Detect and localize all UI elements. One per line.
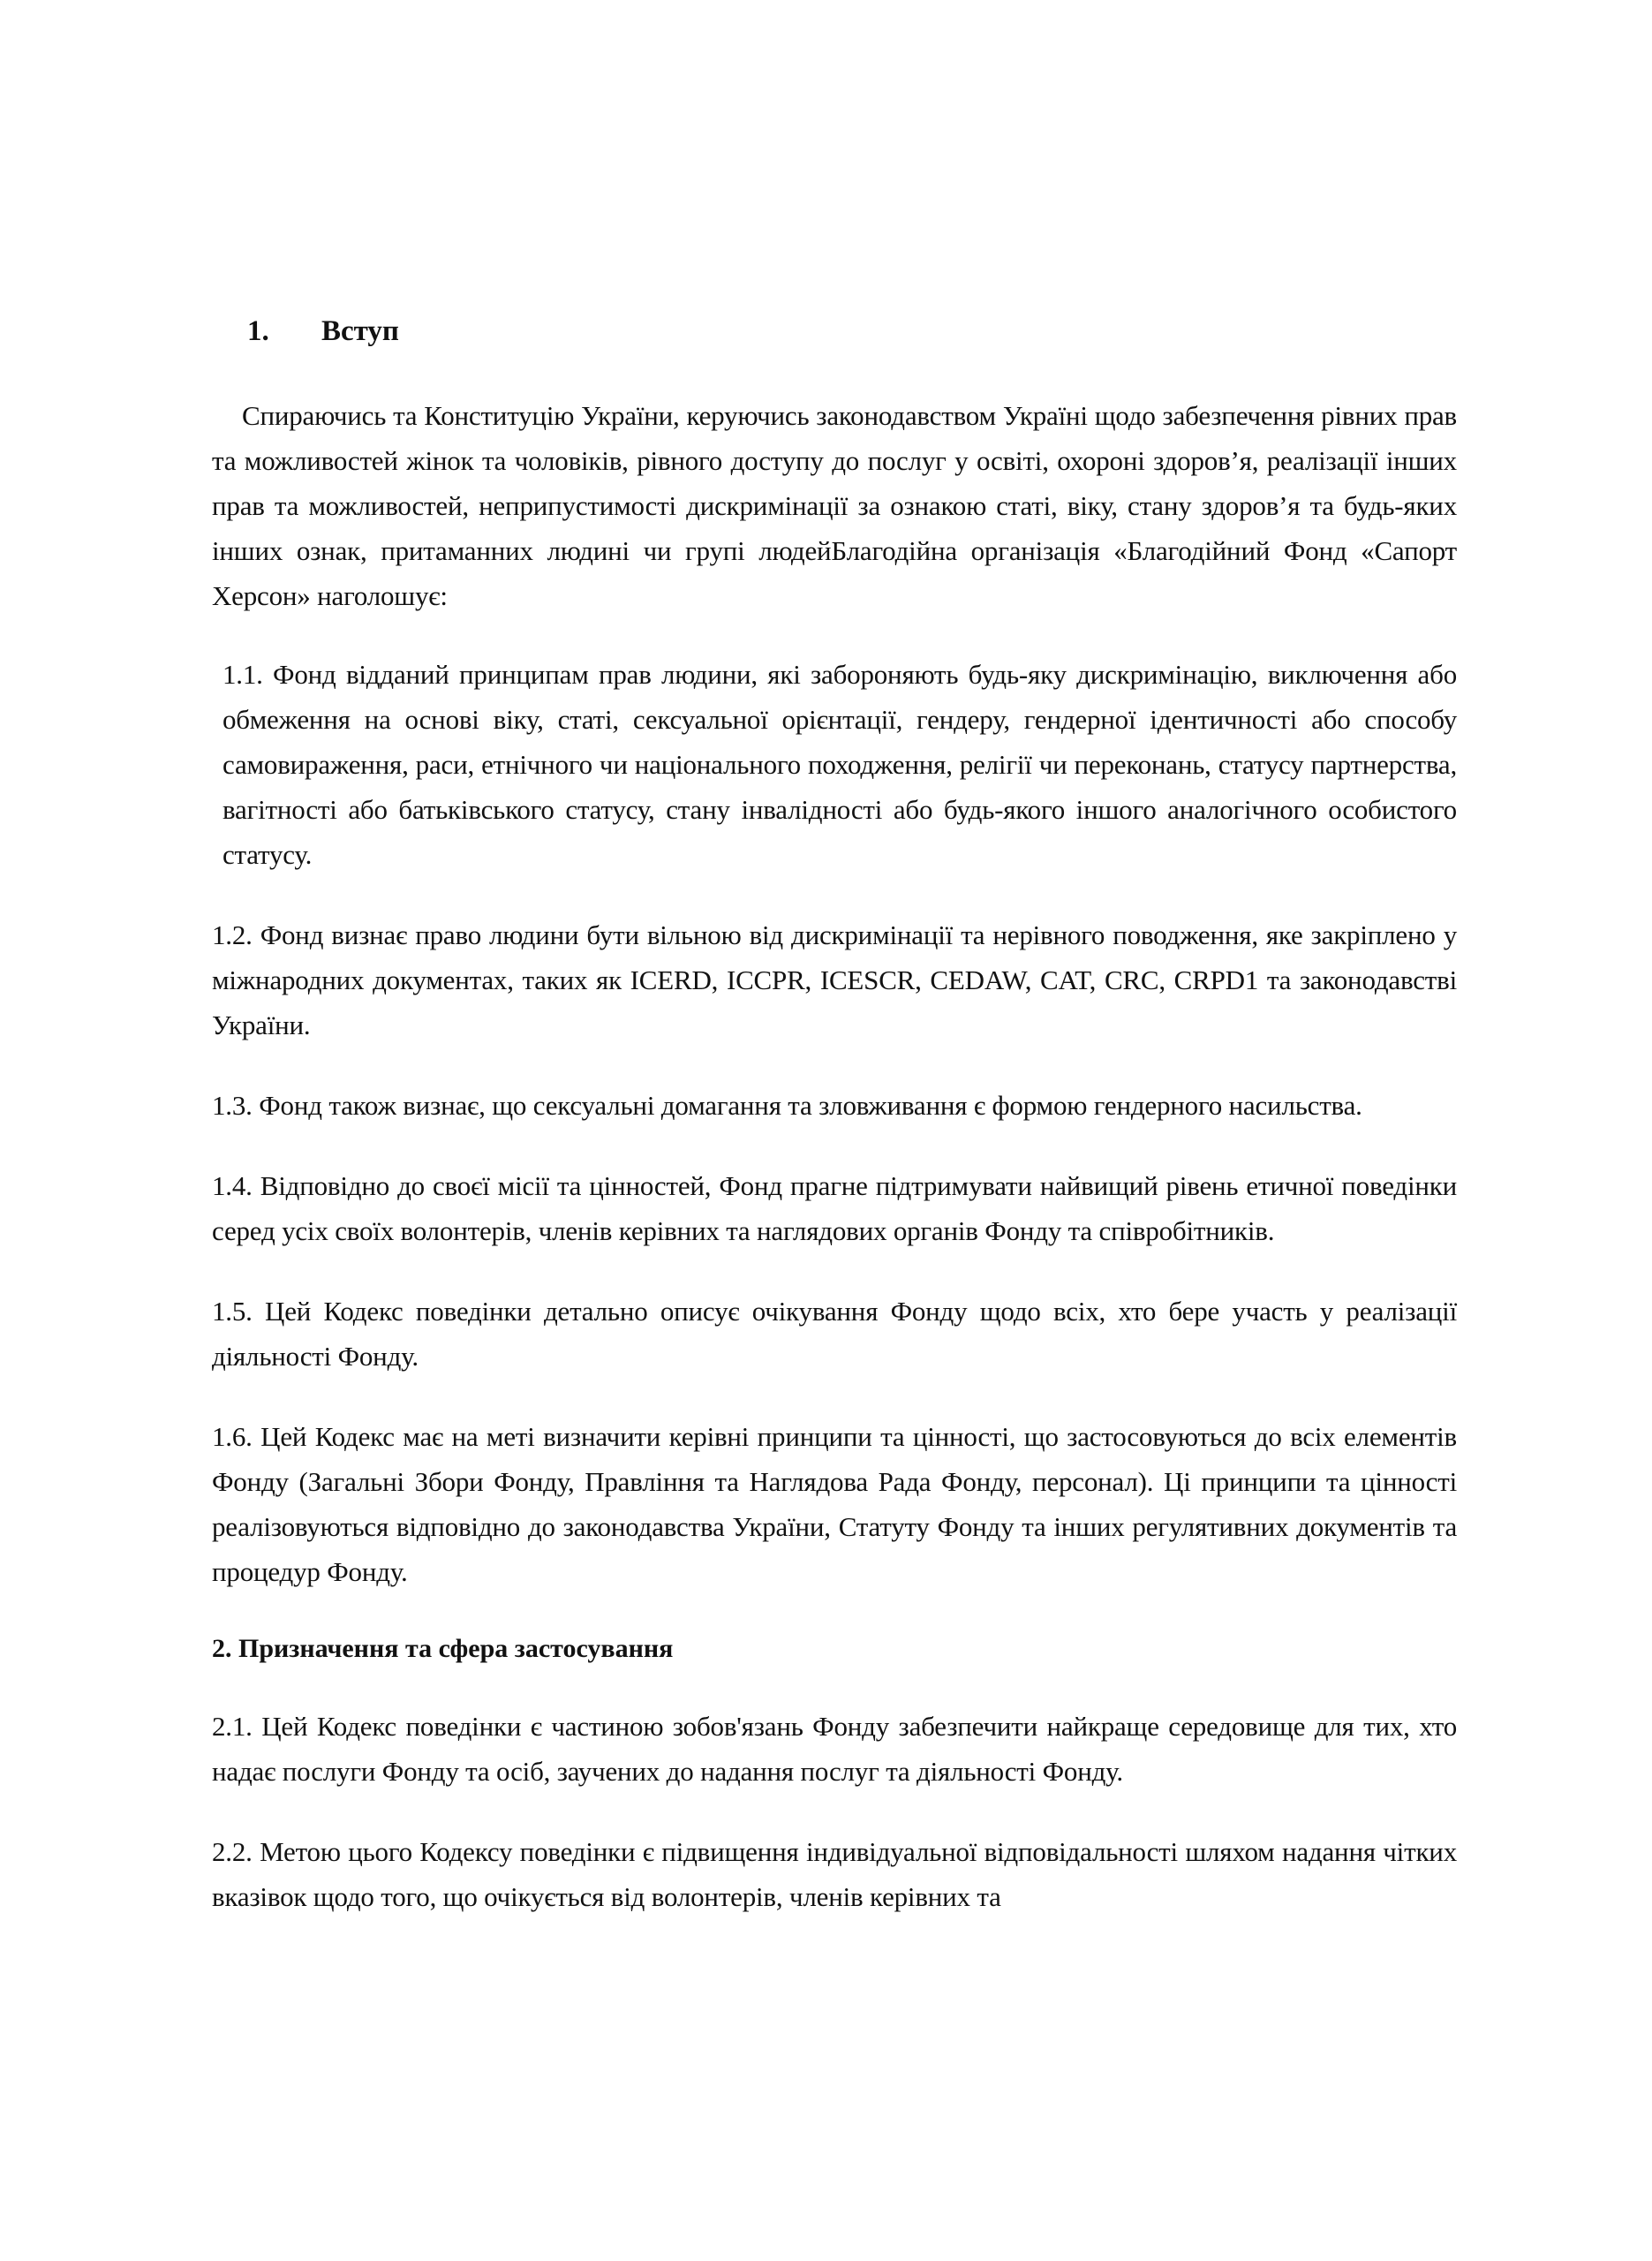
clause-2-1: 2.1. Цей Кодекс поведінки є частиною зоб…: [212, 1704, 1457, 1794]
clause-1-6: 1.6. Цей Кодекс має на меті визначити ке…: [212, 1414, 1457, 1594]
document-body: 1. Вступ Спираючись та Конституцію Украї…: [212, 314, 1457, 1955]
section-1-heading: 1. Вступ: [212, 314, 1457, 349]
clause-1-3: 1.3. Фонд також визнає, що сексуальні до…: [212, 1083, 1457, 1128]
clause-2-2: 2.2. Метою цього Кодексу поведінки є під…: [212, 1829, 1457, 1919]
clause-1-4: 1.4. Відповідно до своєї місії та ціннос…: [212, 1163, 1457, 1253]
clause-1-1: 1.1. Фонд відданий принципам прав людини…: [212, 652, 1457, 877]
intro-paragraph: Спираючись та Конституцію України, керую…: [212, 393, 1457, 618]
section-1-title: Вступ: [321, 314, 399, 349]
document-page: 1. Вступ Спираючись та Конституцію Украї…: [0, 0, 1652, 2261]
section-2-heading: 2. Призначення та сфера застосування: [212, 1630, 1457, 1668]
section-1-number: 1.: [247, 314, 321, 349]
clause-1-2: 1.2. Фонд визнає право людини бути вільн…: [212, 912, 1457, 1047]
clause-1-5: 1.5. Цей Кодекс поведінки детально опису…: [212, 1289, 1457, 1379]
